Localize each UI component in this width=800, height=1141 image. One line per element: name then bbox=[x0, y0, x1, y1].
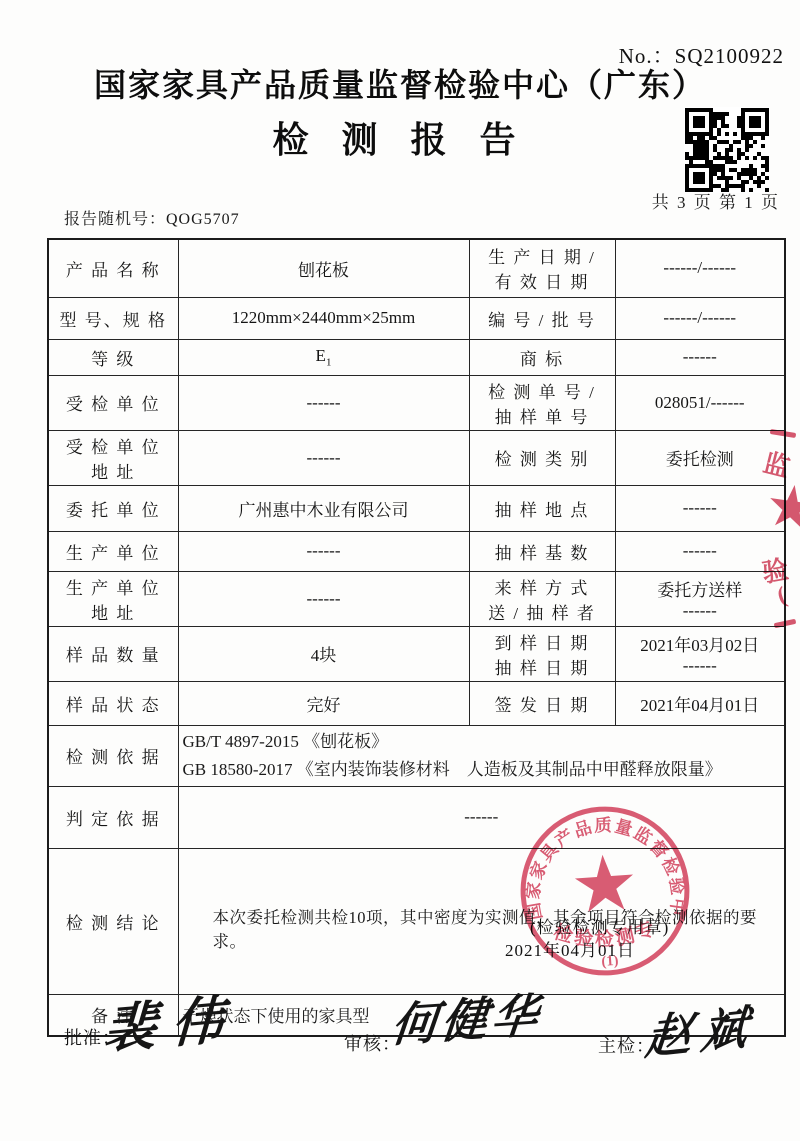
field-value: 完好 bbox=[178, 681, 469, 725]
approve-signature: 裴伟 bbox=[102, 976, 241, 1063]
field-value: 2021年04月01日 bbox=[615, 681, 785, 725]
table-row: 受 检 单 位地 址 ------ 检 测 类 别 委托检测 bbox=[48, 430, 785, 485]
field-label: 生 产 单 位 bbox=[53, 574, 174, 599]
field-label: 来 样 方 式 bbox=[474, 574, 611, 599]
field-label: 型 号、规 格 bbox=[53, 306, 174, 331]
field-label: 检 测 单 号 / bbox=[474, 378, 611, 403]
report-table: 产 品 名 称 刨花板 生 产 日 期 /有 效 日 期 ------/----… bbox=[47, 238, 786, 1037]
inspect-signature: 赵斌 bbox=[643, 990, 761, 1069]
field-value: ------/------ bbox=[615, 297, 785, 339]
table-row: 样 品 状 态 完好 签 发 日 期 2021年04月01日 bbox=[48, 681, 785, 725]
field-label: 检 测 依 据 bbox=[48, 725, 178, 786]
field-value: E1 bbox=[178, 339, 469, 375]
table-row: 产 品 名 称 刨花板 生 产 日 期 /有 效 日 期 ------/----… bbox=[48, 239, 785, 297]
edge-seal-stroke bbox=[774, 619, 797, 628]
field-label: 产 品 名 称 bbox=[53, 256, 174, 281]
edge-seal-fragment-icon: 监 ★ 验 ( bbox=[756, 425, 800, 640]
field-label: 到 样 日 期 bbox=[474, 629, 611, 654]
edge-seal-stroke bbox=[770, 429, 796, 438]
field-label: 签 发 日 期 bbox=[474, 691, 611, 716]
page-count: 共 3 页 第 1 页 bbox=[652, 188, 780, 213]
table-row: 检 测 结 论 本次委托检测共检10项，其中密度为实测值，其余项目符合检测依据的… bbox=[48, 848, 785, 994]
field-label: 编 号 / 批 号 bbox=[474, 306, 611, 331]
field-value: 4块 bbox=[178, 626, 469, 681]
qr-finder-tl bbox=[685, 108, 713, 136]
report-random-number: 报告随机号：QOG5707 bbox=[64, 206, 240, 229]
field-label: 生 产 单 位 bbox=[53, 539, 174, 564]
field-value: ------ bbox=[620, 656, 781, 676]
organization-title: 国家家具产品质量监督检验中心（广东） bbox=[0, 60, 800, 106]
table-row: 型 号、规 格 1220mm×2440mm×25mm 编 号 / 批 号 ---… bbox=[48, 297, 785, 339]
conclusion-text: 本次委托检测共检10项，其中密度为实测值，其余项目符合检测依据的要求。 bbox=[183, 890, 781, 952]
field-value: ------ bbox=[178, 430, 469, 485]
field-label: 样 品 数 量 bbox=[53, 641, 174, 666]
field-label: 委 托 单 位 bbox=[53, 496, 174, 521]
field-label: 生 产 日 期 / bbox=[474, 243, 611, 268]
field-label: 地 址 bbox=[53, 458, 174, 483]
table-row: 生 产 单 位地 址 ------ 来 样 方 式送 / 抽 样 者 委托方送样… bbox=[48, 571, 785, 626]
table-row: 受 检 单 位 ------ 检 测 单 号 /抽 样 单 号 028051/-… bbox=[48, 375, 785, 430]
field-label: 送 / 抽 样 者 bbox=[474, 599, 611, 624]
document-title: 检 测 报 告 bbox=[0, 112, 800, 163]
field-label: 抽 样 基 数 bbox=[474, 539, 611, 564]
field-label: 地 址 bbox=[53, 599, 174, 624]
table-row: 判 定 依 据 ------ bbox=[48, 786, 785, 848]
field-value: 刨花板 bbox=[178, 239, 469, 297]
qr-code-icon bbox=[684, 107, 770, 193]
report-page: No.：SQ2100922 国家家具产品质量监督检验中心（广东） 检 测 报 告… bbox=[0, 0, 800, 1141]
field-label: 抽 样 日 期 bbox=[474, 654, 611, 679]
table-row: 检 测 依 据 GB/T 4897-2015 《刨花板》 GB 18580-20… bbox=[48, 725, 785, 786]
field-value: ------ bbox=[178, 531, 469, 571]
field-value: ------ bbox=[178, 375, 469, 430]
edge-seal-char: ( bbox=[774, 582, 790, 610]
table-row: 委 托 单 位 广州惠中木业有限公司 抽 样 地 点 ------ bbox=[48, 485, 785, 531]
field-label: 检 测 结 论 bbox=[48, 848, 178, 994]
judgement-basis-value: ------ bbox=[178, 786, 785, 848]
field-value: ------ bbox=[615, 339, 785, 375]
table-row: 生 产 单 位 ------ 抽 样 基 数 ------ bbox=[48, 531, 785, 571]
test-basis-line: GB/T 4897-2015 《刨花板》 bbox=[183, 728, 781, 756]
test-basis-line: GB 18580-2017 《室内装饰装修材料 人造板及其制品中甲醛释放限量》 bbox=[183, 756, 781, 784]
field-value: ------ bbox=[178, 571, 469, 626]
field-label: 检 测 类 别 bbox=[474, 445, 611, 470]
field-label: 受 检 单 位 bbox=[53, 433, 174, 458]
field-label: 样 品 状 态 bbox=[53, 691, 174, 716]
seal-date: 2021年04月01日 bbox=[505, 936, 635, 961]
field-value: 广州惠中木业有限公司 bbox=[178, 485, 469, 531]
field-label: 等 级 bbox=[53, 345, 174, 370]
table-row: 样 品 数 量 4块 到 样 日 期抽 样 日 期 2021年03月02日---… bbox=[48, 626, 785, 681]
field-value: 028051/------ bbox=[615, 375, 785, 430]
field-label: 判 定 依 据 bbox=[48, 786, 178, 848]
field-label: 受 检 单 位 bbox=[53, 390, 174, 415]
qr-finder-tr bbox=[741, 108, 769, 136]
field-value: ------/------ bbox=[615, 239, 785, 297]
seal-caption: (检验检测专用章) bbox=[530, 913, 669, 938]
table-row: 等 级 E1 商 标 ------ bbox=[48, 339, 785, 375]
field-label: 商 标 bbox=[474, 345, 611, 370]
field-label: 有 效 日 期 bbox=[474, 268, 611, 293]
edge-seal-star-icon: ★ bbox=[765, 480, 800, 538]
field-value: 1220mm×2440mm×25mm bbox=[178, 297, 469, 339]
field-label: 抽 样 单 号 bbox=[474, 403, 611, 428]
field-label: 抽 样 地 点 bbox=[474, 496, 611, 521]
review-signature: 何健华 bbox=[389, 978, 546, 1055]
